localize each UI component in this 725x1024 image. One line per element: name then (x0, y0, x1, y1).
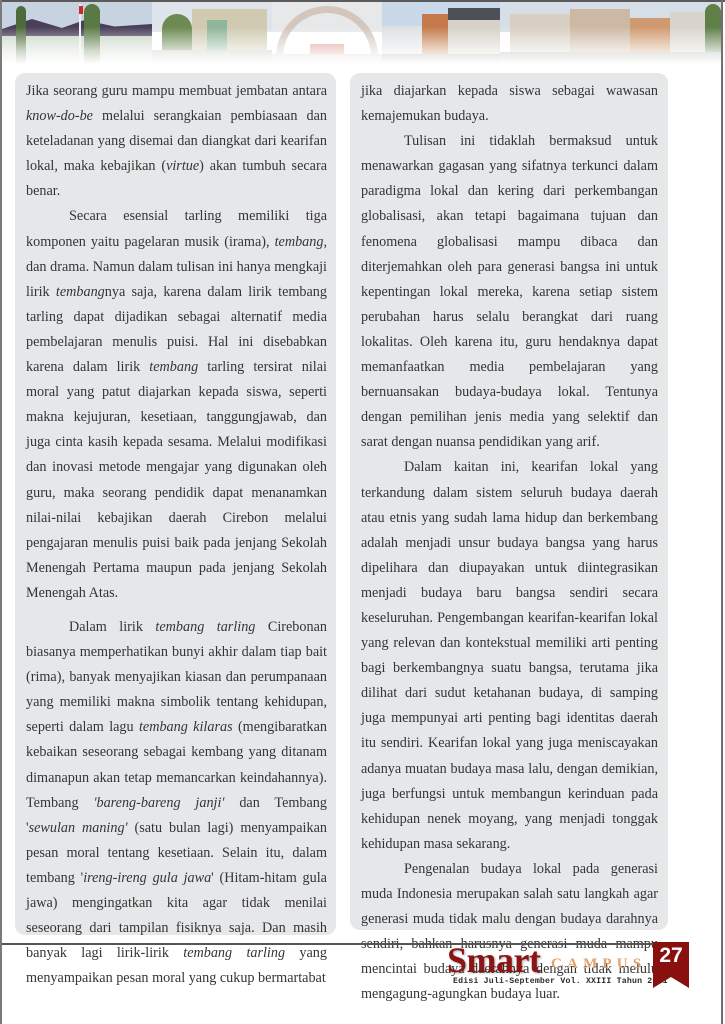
page-number: 27 (653, 944, 689, 968)
italic-term: virtue (166, 158, 199, 174)
italic-term: tembang tarling (155, 619, 255, 635)
italic-term: tembang (56, 284, 105, 300)
text-run: jika diajarkan kepada siswa sebagai wawa… (361, 83, 658, 124)
text-run: tarling tersirat nilai moral yang patut … (26, 359, 327, 601)
page-border-right (721, 0, 723, 1024)
text-run: Jika seorang guru mampu membuat jembatan… (26, 83, 327, 99)
italic-term: 'bareng-bareng janji' (93, 795, 224, 811)
italic-term: tembang tarling (183, 945, 285, 961)
brand-campus-wordmark: CAMPUS (551, 956, 646, 972)
paragraph: Dalam lirik tembang tarling Cirebonan bi… (26, 615, 327, 991)
header-fade-overlay (2, 2, 721, 64)
italic-term: tembang (275, 234, 324, 250)
paragraph: jika diajarkan kepada siswa sebagai wawa… (361, 79, 658, 129)
italic-term: ireng-ireng gula jawa (83, 870, 211, 886)
article-column-right: jika diajarkan kepada siswa sebagai wawa… (350, 73, 668, 930)
paragraph: Dalam kaitan ini, kearifan lokal yang te… (361, 455, 658, 857)
magazine-brand: Smart CAMPUS Edisi Juli-September Vol. X… (447, 942, 657, 990)
italic-term: tembang kilaras (139, 719, 233, 735)
text-run: Dalam kaitan ini, kearifan lokal yang te… (361, 459, 658, 851)
paragraph: Secara esensial tarling memiliki tiga ko… (26, 204, 327, 606)
text-run: Cirebonan biasanya memperhatikan bunyi a… (26, 619, 327, 735)
page-number-ribbon-icon: 27 (653, 942, 689, 988)
page-border-left (0, 0, 2, 1024)
italic-term: tembang (149, 359, 198, 375)
paragraph: Jika seorang guru mampu membuat jembatan… (26, 79, 327, 204)
text-run: Dalam lirik (69, 619, 155, 635)
text-run: Tulisan ini tidaklah bermaksud untuk men… (361, 133, 658, 450)
article-column-left: Jika seorang guru mampu membuat jembatan… (15, 73, 336, 935)
brand-smart-wordmark: Smart (447, 942, 540, 978)
italic-term: sewulan maning' (29, 820, 128, 836)
header-photo-strip (2, 2, 721, 64)
edition-info: Edisi Juli-September Vol. XXIII Tahun 20… (453, 977, 668, 987)
paragraph: Tulisan ini tidaklah bermaksud untuk men… (361, 129, 658, 455)
italic-term: know-do-be (26, 108, 93, 124)
